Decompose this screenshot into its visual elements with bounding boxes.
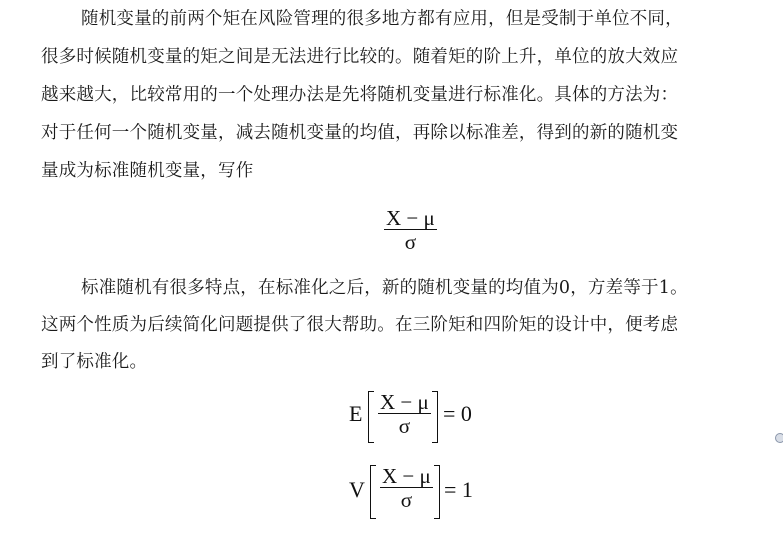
paragraph-1-line-5: 量成为标准随机变量，写作: [41, 161, 253, 181]
variance-operator: V: [349, 478, 365, 502]
variance-fraction: X − μ σ: [380, 465, 433, 512]
paragraph-2-line-1: 标准随机有很多特点，在标准化之后，新的随机变量的均值为0，方差等于1。: [81, 278, 688, 298]
expectation-operator: E: [349, 402, 362, 426]
paragraph-1-line-3: 越来越大，比较常用的一个处理办法是先将随机变量进行标准化。具体的方法为：: [41, 85, 678, 105]
expectation-denominator: σ: [399, 414, 410, 438]
paragraph-2-line-3: 到了标准化。: [41, 352, 147, 372]
variance-denominator: σ: [401, 488, 412, 512]
left-bracket: [370, 465, 376, 519]
expectation-fraction: X − μ σ: [378, 391, 431, 438]
expectation-result: = 0: [443, 402, 472, 426]
expectation-numerator: X − μ: [378, 391, 431, 413]
paragraph-1-line-2: 很多时候随机变量的矩之间是无法进行比较的。随着矩的阶上升，单位的放大效应: [41, 47, 678, 67]
paragraph-1-line-4: 对于任何一个随机变量，减去随机变量的均值，再除以标准差，得到的新的随机变: [41, 123, 678, 143]
document-page: 随机变量的前两个矩在风险管理的很多地方都有应用，但是受制于单位不同， 很多时候随…: [0, 0, 783, 554]
variance-result: = 1: [444, 478, 473, 502]
variance-numerator: X − μ: [380, 465, 433, 487]
formula-numerator: X − μ: [384, 207, 437, 229]
resize-handle-icon[interactable]: [775, 433, 783, 443]
right-bracket: [434, 465, 440, 519]
left-bracket: [368, 391, 374, 443]
right-bracket: [432, 391, 438, 443]
formula-denominator: σ: [405, 230, 416, 254]
formula-standardization: X − μ σ: [384, 207, 437, 254]
paragraph-2-line-2: 这两个性质为后续简化问题提供了很大帮助。在三阶矩和四阶矩的设计中，便考虑: [41, 315, 678, 335]
paragraph-1-line-1: 随机变量的前两个矩在风险管理的很多地方都有应用，但是受制于单位不同，: [81, 9, 683, 29]
